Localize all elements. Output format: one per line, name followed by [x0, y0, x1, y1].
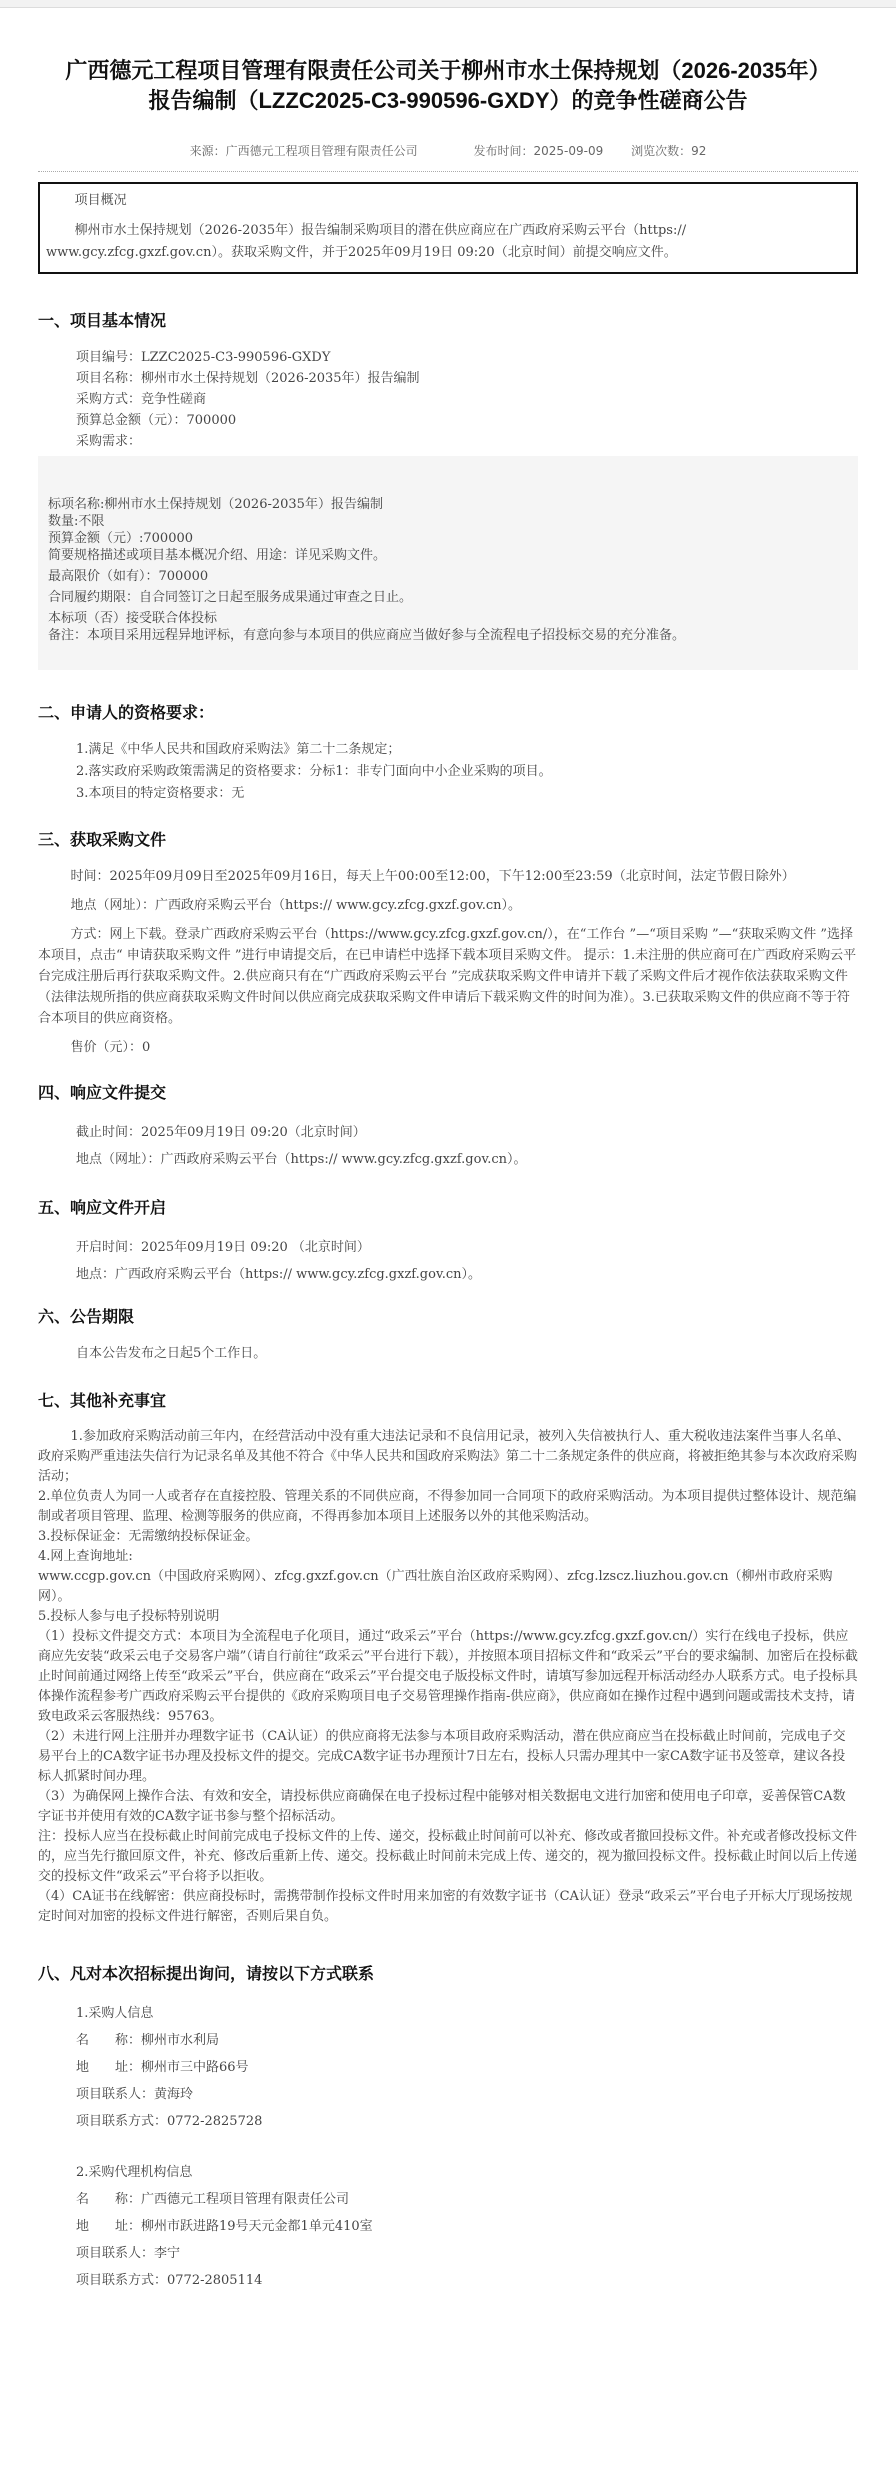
agency-name-row: 名 称：广西德元工程项目管理有限责任公司: [76, 2186, 858, 2213]
supplementary-item-5: 5.投标人参与电子投标特别说明: [38, 1607, 858, 1627]
agency-contact: 李宁: [154, 2246, 180, 2261]
e-bid-note-2: （2）未进行网上注册并办理数字证书（CA认证）的供应商将无法参与本项目政府采购活…: [38, 1727, 858, 1787]
publish-date: 2025-09-09: [534, 144, 604, 158]
section-heading-opening: 五、响应文件开启: [38, 1195, 858, 1218]
qualification-item: 2.落实政府采购政策需满足的资格要求：分标1：非专门面向中小企业采购的项目。: [76, 761, 858, 783]
obtain-time: 时间：2025年09月09日至2025年09月16日，每天上午00:00至12:…: [38, 866, 858, 887]
lot-budget: 预算金额（元）:700000: [48, 530, 848, 547]
agency-address: 柳州市跃进路19号天元金都1单元410室: [141, 2219, 373, 2234]
views-count: 92: [691, 144, 706, 158]
purchaser-address: 柳州市三中路66号: [141, 2060, 249, 2075]
summary-heading: 项目概况: [46, 190, 850, 212]
section-heading-submission: 四、响应文件提交: [38, 1080, 858, 1103]
purchaser-phone: 0772-2825728: [167, 2114, 262, 2129]
purchaser-phone-row: 项目联系方式：0772-2825728: [76, 2108, 858, 2135]
agency-phone-row: 项目联系方式：0772-2805114: [76, 2267, 858, 2294]
source-info: 来源：广西德元工程项目管理有限责任公司: [190, 144, 418, 158]
obtain-method: 方式：网上下载。登录广西政府采购云平台（https://www.gcy.zfcg…: [38, 924, 858, 1029]
opening-time: 开启时间：2025年09月19日 09:20 （北京时间）: [76, 1234, 858, 1261]
purchaser-contact-row: 项目联系人：黄海玲: [76, 2081, 858, 2108]
total-budget: 预算总金额（元）：700000: [76, 410, 858, 431]
submission-content: 截止时间：2025年09月19日 09:20（北京时间） 地点（网址）：广西政府…: [38, 1119, 858, 1173]
supplementary-content: 1.参加政府采购活动前三年内，在经营活动中没有重大违法记录和不良信用记录，被列入…: [38, 1427, 858, 1927]
opening-content: 开启时间：2025年09月19日 09:20 （北京时间） 地点：广西政府采购云…: [38, 1234, 858, 1288]
section-heading-notice-period: 六、公告期限: [38, 1304, 858, 1327]
basic-info-list: 项目编号：LZZC2025-C3-990596-GXDY 项目名称：柳州市水土保…: [38, 347, 858, 452]
section-heading-obtain-docs: 三、获取采购文件: [38, 827, 858, 850]
quantity: 数量:不限: [48, 513, 848, 530]
max-price: 最高限价（如有）：700000: [48, 568, 848, 585]
supplementary-item-3: 3.投标保证金：无需缴纳投标保证金。: [38, 1527, 858, 1547]
top-bar: [0, 0, 896, 8]
agency-name: 广西德元工程项目管理有限责任公司: [141, 2192, 349, 2207]
notice-period-text: 自本公告发布之日起5个工作日。: [76, 1343, 858, 1364]
contract-period: 合同履约期限：自合同签订之日起至服务成果通过审查之日止。: [48, 589, 848, 606]
lot-name: 标项名称:柳州市水土保持规划（2026-2035年）报告编制: [48, 496, 848, 513]
remarks: 备注：本项目采用远程异地评标，有意向参与本项目的供应商应当做好参与全流程电子招投…: [48, 627, 848, 644]
procurement-requirement-label: 采购需求：: [76, 431, 858, 452]
agency-phone: 0772-2805114: [167, 2273, 262, 2288]
source-value: 广西德元工程项目管理有限责任公司: [226, 144, 418, 158]
views-info: 浏览次数：92: [631, 144, 706, 158]
supplementary-item-4: 4.网上查询地址:: [38, 1547, 858, 1567]
qualification-item: 3.本项目的特定资格要求：无: [76, 783, 858, 805]
agency-info: 2.采购代理机构信息 名 称：广西德元工程项目管理有限责任公司 地 址：柳州市跃…: [76, 2159, 858, 2294]
obtain-docs-content: 时间：2025年09月09日至2025年09月16日，每天上午00:00至12:…: [38, 866, 858, 1058]
section-heading-supplementary: 七、其他补充事宜: [38, 1388, 858, 1411]
e-bid-note-4: （4）CA证书在线解密：供应商投标时，需携带制作投标文件时用来加密的有效数字证书…: [38, 1887, 858, 1927]
agency-contact-row: 项目联系人：李宁: [76, 2240, 858, 2267]
section-heading-basic-info: 一、项目基本情况: [38, 308, 858, 331]
requirement-box: 标项名称:柳州市水土保持规划（2026-2035年）报告编制 数量:不限 预算金…: [38, 456, 858, 670]
section-heading-contact: 八、凡对本次招标提出询问，请按以下方式联系: [38, 1961, 858, 1984]
doc-price: 售价（元）：0: [38, 1037, 858, 1058]
e-bid-note-1: （1）投标文件提交方式：本项目为全流程电子化项目，通过“政采云”平台（https…: [38, 1627, 858, 1727]
consortium-bid: 本标项（否）接受联合体投标: [48, 610, 848, 627]
project-number: 项目编号：LZZC2025-C3-990596-GXDY: [76, 347, 858, 368]
purchaser-info: 1.采购人信息 名 称：柳州市水利局 地 址：柳州市三中路66号 项目联系人：黄…: [76, 2000, 858, 2135]
publish-info: 发布时间：2025-09-09: [473, 144, 603, 158]
agency-title: 2.采购代理机构信息: [76, 2159, 858, 2186]
summary-text: 柳州市水土保持规划（2026-2035年）报告编制采购项目的潜在供应商应在广西政…: [46, 220, 850, 264]
purchaser-name-row: 名 称：柳州市水利局: [76, 2027, 858, 2054]
purchaser-contact: 黄海玲: [154, 2087, 193, 2102]
project-summary-box: 项目概况 柳州市水土保持规划（2026-2035年）报告编制采购项目的潜在供应商…: [38, 182, 858, 274]
obtain-place: 地点（网址）：广西政府采购云平台（https:// www.gcy.zfcg.g…: [38, 895, 858, 916]
notice-period-content: 自本公告发布之日起5个工作日。: [38, 1343, 858, 1364]
qualification-list: 1.满足《中华人民共和国政府采购法》第二十二条规定； 2.落实政府采购政策需满足…: [38, 739, 858, 805]
project-name: 项目名称：柳州市水土保持规划（2026-2035年）报告编制: [76, 368, 858, 389]
purchaser-address-row: 地 址：柳州市三中路66号: [76, 2054, 858, 2081]
page-title: 广西德元工程项目管理有限责任公司关于柳州市水土保持规划（2026-2035年）报…: [38, 56, 858, 116]
spec-description: 简要规格描述或项目基本概况介绍、用途：详见采购文件。: [48, 547, 848, 564]
submission-place: 地点（网址）：广西政府采购云平台（https:// www.gcy.zfcg.g…: [76, 1146, 858, 1173]
purchaser-name: 柳州市水利局: [141, 2033, 219, 2048]
query-urls: www.ccgp.gov.cn（中国政府采购网）、zfcg.gxzf.gov.c…: [38, 1567, 858, 1607]
opening-place: 地点：广西政府采购云平台（https:// www.gcy.zfcg.gxzf.…: [76, 1261, 858, 1288]
notice-page: 广西德元工程项目管理有限责任公司关于柳州市水土保持规划（2026-2035年）报…: [0, 56, 896, 2334]
contact-content: 1.采购人信息 名 称：柳州市水利局 地 址：柳州市三中路66号 项目联系人：黄…: [38, 2000, 858, 2294]
procurement-method: 采购方式：竞争性磋商: [76, 389, 858, 410]
purchaser-title: 1.采购人信息: [76, 2000, 858, 2027]
submission-deadline: 截止时间：2025年09月19日 09:20（北京时间）: [76, 1119, 858, 1146]
article-meta: 来源：广西德元工程项目管理有限责任公司 发布时间：2025-09-09 浏览次数…: [38, 142, 858, 159]
agency-address-row: 地 址：柳州市跃进路19号天元金都1单元410室: [76, 2213, 858, 2240]
section-heading-qualifications: 二、申请人的资格要求：: [38, 700, 858, 723]
e-bid-remark: 注：投标人应当在投标截止时间前完成电子投标文件的上传、递交，投标截止时间前可以补…: [38, 1827, 858, 1887]
e-bid-note-3: （3）为确保网上操作合法、有效和安全，请投标供应商确保在电子投标过程中能够对相关…: [38, 1787, 858, 1827]
supplementary-item-2: 2.单位负责人为同一人或者存在直接控股、管理关系的不同供应商，不得参加同一合同项…: [38, 1487, 858, 1527]
qualification-item: 1.满足《中华人民共和国政府采购法》第二十二条规定；: [76, 739, 858, 761]
divider: [38, 171, 858, 172]
supplementary-item-1: 1.参加政府采购活动前三年内，在经营活动中没有重大违法记录和不良信用记录，被列入…: [38, 1427, 858, 1487]
